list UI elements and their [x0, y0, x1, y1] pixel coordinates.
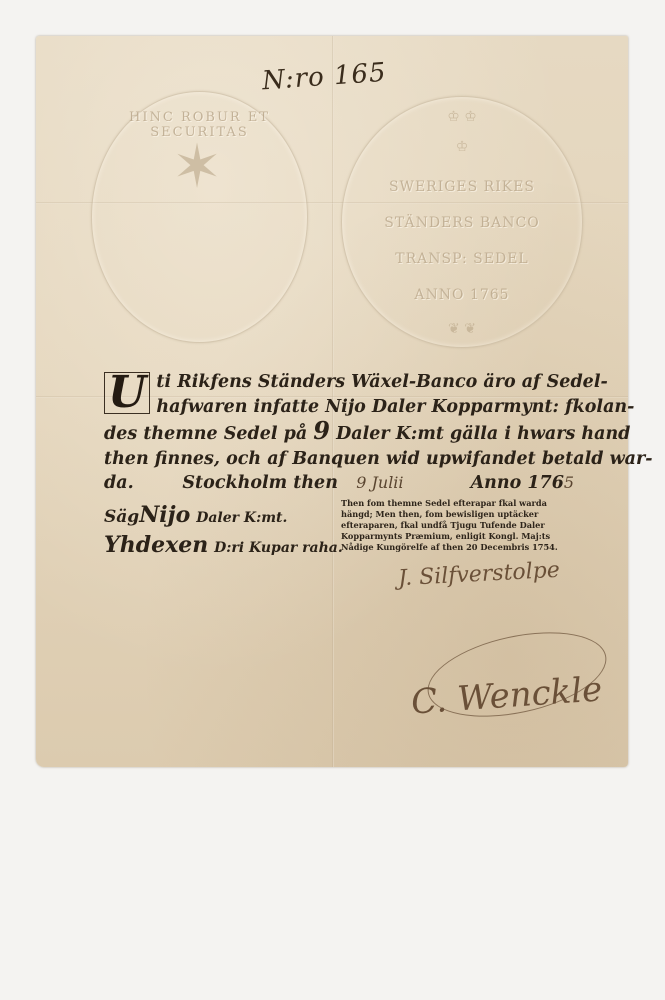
embossed-seal-left: HINC ROBUR ET SECURITAS ✶ [91, 91, 308, 343]
value-prefix: Säg [104, 507, 139, 527]
body-line-3a: des themne Sedel på [104, 424, 307, 444]
seal-right-line-2: STÄNDERS BANCO [342, 215, 582, 231]
dropcap-letter: U [104, 372, 150, 414]
laurel-ornament-icon: ❦ ❦ [342, 321, 582, 337]
body-line-1: ti Rikfens Ständers Wäxel-Banco äro af S… [104, 370, 574, 395]
note-body-text: U ti Rikfens Ständers Wäxel-Banco äro af… [104, 370, 574, 496]
value-suffix-swedish: Daler K:mt. [196, 510, 287, 526]
value-line-swedish: SägNijo Daler K:mt. [104, 502, 343, 532]
value-word-finnish: Yhdexen [104, 532, 208, 558]
seal-right-line-4: ANNO 1765 [342, 287, 582, 303]
handwritten-year-digit: 5 [564, 473, 574, 492]
handwritten-date: 9 Julii [356, 473, 403, 492]
body-line-5: da. Stockholm then 9 Julii Anno 1765 [104, 471, 574, 496]
counterfeit-warning: Then fom themne Sedel efterapar fkal war… [341, 498, 571, 553]
body-line-2: hafwaren infatte Nijo Daler Kopparmynt: … [104, 395, 574, 420]
radiant-star-icon: ✶ [162, 132, 232, 202]
denomination-value: 9 [313, 416, 330, 445]
body-line-4: then finnes, och af Banquen wid upwifand… [104, 447, 574, 472]
body-line-5a: da. [104, 473, 134, 493]
anno-year: Anno 176 [471, 473, 564, 493]
seal-right-line-3: TRANSP: SEDEL [342, 251, 582, 267]
crown-icon-center: ♔ [342, 139, 582, 155]
body-line-3b: Daler K:mt gälla i hwars hand [336, 424, 630, 444]
seal-right-line-1: SWERIGES RIKES [342, 179, 582, 195]
body-line-3: des themne Sedel på 9 Daler K:mt gälla i… [104, 419, 574, 447]
value-suffix-finnish: D:ri Kupar raha. [214, 540, 343, 556]
value-statement: SägNijo Daler K:mt. Yhdexen D:ri Kupar r… [104, 502, 343, 562]
value-line-finnish: Yhdexen D:ri Kupar raha. [104, 532, 343, 562]
signature-1: J. Silfverstolpe [397, 558, 560, 591]
embossed-seal-right: ♔ ♔ ♔ SWERIGES RIKES STÄNDERS BANCO TRAN… [341, 96, 583, 348]
place-text: Stockholm then [182, 473, 338, 493]
serial-number: N:ro 165 [261, 58, 387, 97]
value-word-swedish: Nijo [139, 502, 190, 528]
banknote-paper: HINC ROBUR ET SECURITAS ✶ ♔ ♔ ♔ SWERIGES… [36, 36, 628, 767]
crown-icon: ♔ ♔ [342, 109, 582, 125]
